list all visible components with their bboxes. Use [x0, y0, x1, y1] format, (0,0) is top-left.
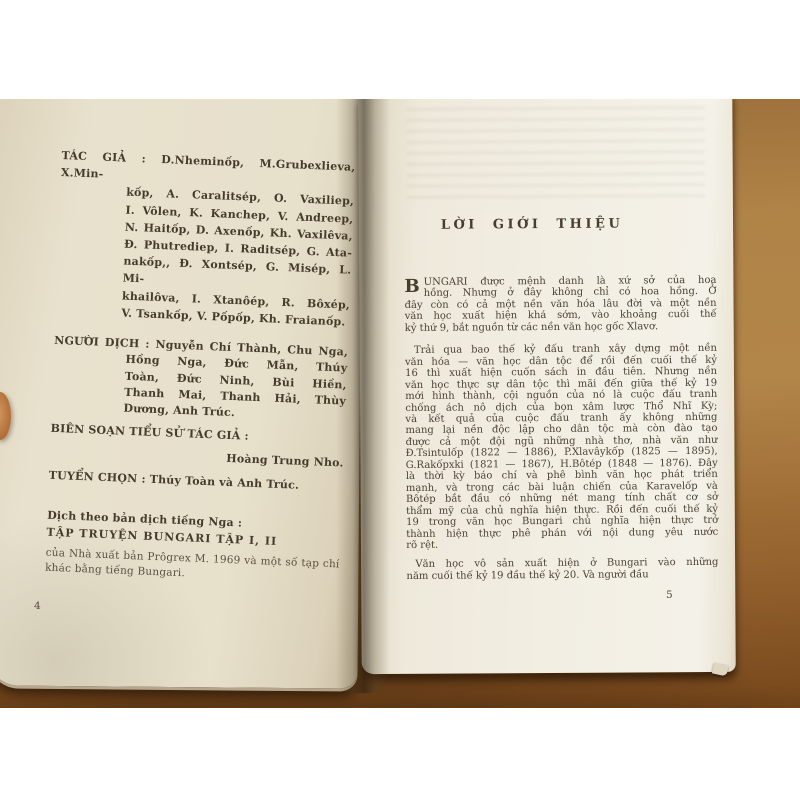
paragraph-1-lines: UNGARI được mệnh danh là xứ sở của hoahồ… — [404, 275, 716, 334]
chapter-heading: LỜI GIỚI THIỆU — [404, 216, 660, 233]
page-number-left: 4 — [34, 600, 41, 612]
page-number-right: 5 — [666, 589, 673, 601]
book-photo: TÁC GIẢ : D.Nheminốp, M.Grubexlieva, X.M… — [0, 99, 800, 708]
left-page-text: TÁC GIẢ : D.Nheminốp, M.Grubexlieva, X.M… — [45, 147, 356, 587]
bleed-through-text — [406, 106, 705, 200]
paragraph-3: Văn học vô sản xuất hiện ở Bungari vào n… — [406, 557, 718, 582]
right-page-text: LỜI GIỚI THIỆU B UNGARI được mệnh danh l… — [404, 216, 719, 582]
biography-editor-name: Hoàng Trung Nho. — [49, 442, 343, 471]
text-line: thành hiện thực phê phán với nội dung yê… — [406, 526, 718, 540]
page-corner-fold — [712, 663, 729, 677]
paragraph-1: B UNGARI được mệnh danh là xứ sở của hoa… — [404, 275, 716, 334]
translators-block: NGƯỜI DỊCH : Nguyễn Chí Thành, Chu Nga,H… — [51, 333, 348, 426]
text-line: kỷ thứ 9, bắt nguồn từ các nền văn học g… — [405, 321, 717, 335]
authors-block: TÁC GIẢ : D.Nheminốp, M.Grubexlieva, X.M… — [55, 147, 356, 331]
text-line: Văn học vô sản xuất hiện ở Bungari vào n… — [406, 557, 718, 571]
text-line: văn học xuất hiện khá sớm, vào khoảng cu… — [405, 309, 717, 323]
text-line: rõ rệt. — [406, 538, 718, 552]
selection-credit: TUYỂN CHỌN : Thúy Toàn và Anh Trúc. — [48, 467, 342, 496]
paragraph-2: Trải qua bao thế kỷ đấu tranh xây dựng m… — [405, 343, 718, 551]
text-line: năm cuối thế kỷ 19 đầu thế kỷ 20. Và ngư… — [406, 569, 718, 583]
drop-cap: B — [404, 277, 423, 296]
